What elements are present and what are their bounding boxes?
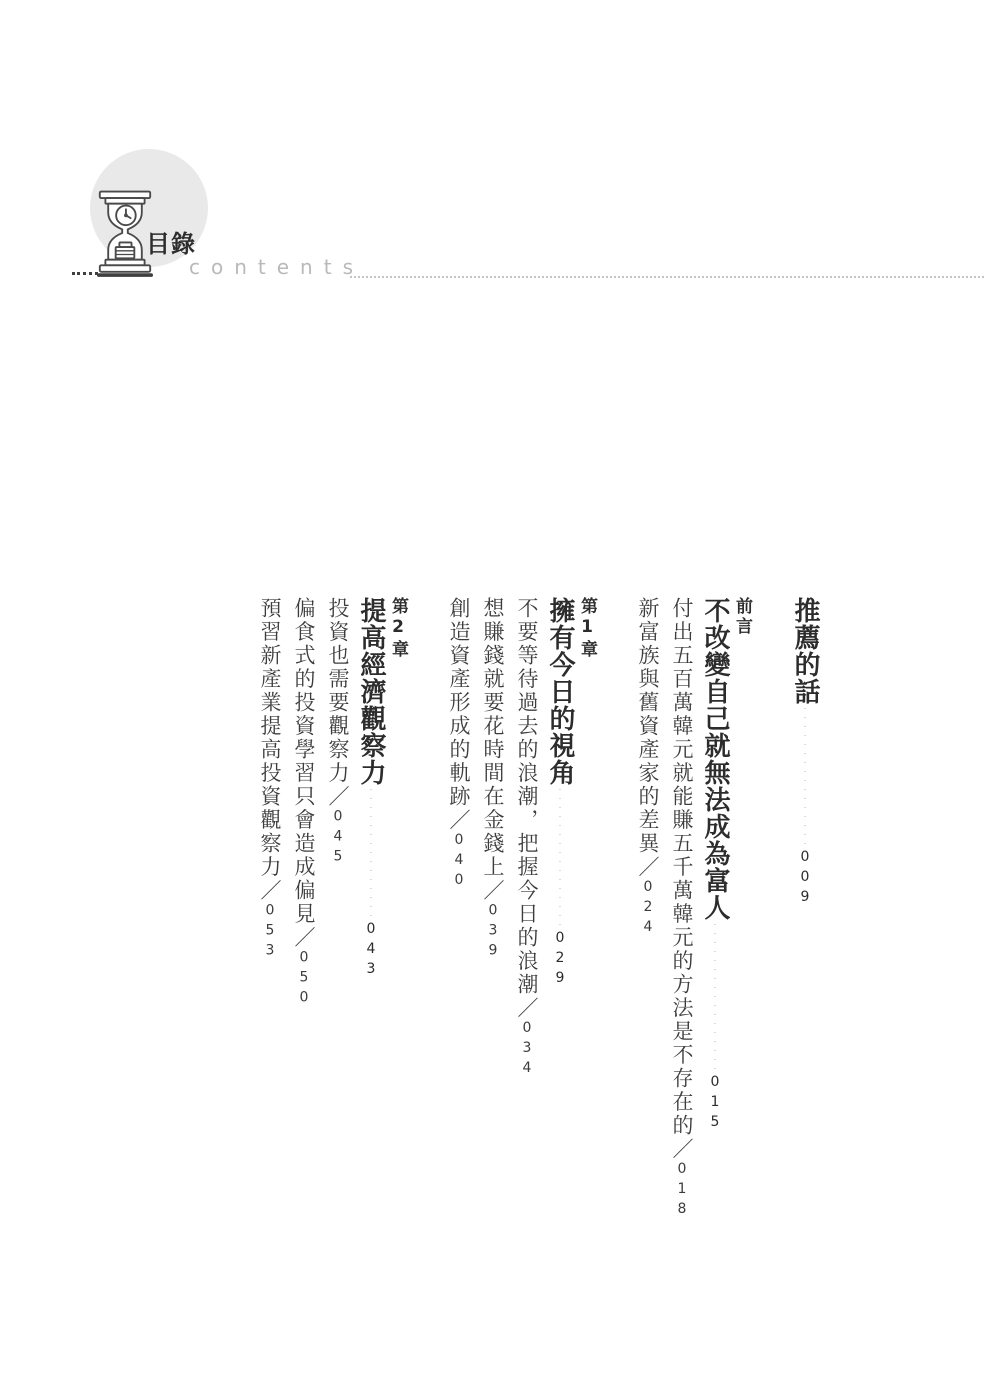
toc-list: 推薦的話················009前言不改變自己就無法成為富人···… [259, 597, 818, 1247]
toc-item-entry: 預習新產業提高投資觀察力／053 [259, 597, 280, 1247]
section-label-text: 前言 [732, 597, 752, 637]
page-number: 018 [674, 1161, 690, 1221]
toc-item-entry: 不要等待過去的浪潮，把握今日的浪潮／034 [516, 597, 537, 1247]
toc-title-text: 推薦的話 [790, 597, 820, 705]
toc-section-label: 前言 [733, 597, 750, 1247]
toc-title-entry: 不改變自己就無法成為富人·················015 [702, 597, 728, 1247]
toc-item-text: 投資也需要觀察力／ [326, 597, 350, 809]
page-number: 039 [485, 903, 501, 963]
icon-base-dashes [72, 272, 98, 275]
hourglass-clock-icon [97, 190, 153, 278]
page-number: 034 [519, 1020, 535, 1080]
toc-item-entry: 創造資產形成的軌跡／040 [448, 597, 469, 1247]
toc-title-text: 提高經濟觀察力 [356, 597, 386, 786]
toc-section-label: 第2章 [389, 597, 406, 1247]
toc-item-text: 新富族與舊資產家的差異／ [636, 597, 660, 879]
page-number: 050 [296, 950, 312, 1010]
leader-dots: ················· [711, 921, 719, 1074]
toc-item-entry: 想賺錢就要花時間在金錢上／039 [482, 597, 503, 1247]
toc-item-text: 創造資產形成的軌跡／ [447, 597, 471, 832]
toc-item-entry: 新富族與舊資產家的差異／024 [637, 597, 658, 1247]
page-title: 目錄 [146, 231, 196, 257]
leader-dots: ··············· [367, 786, 375, 921]
page-number: 045 [330, 809, 346, 869]
page-number: 053 [262, 903, 278, 963]
leader-dots: ················ [801, 705, 809, 849]
toc-item-text: 付出五百萬韓元就能賺五千萬韓元的方法是不存在的／ [670, 597, 694, 1161]
page-number: 029 [552, 930, 568, 990]
page-number: 009 [797, 849, 813, 909]
toc-item-text: 預習新產業提高投資觀察力／ [258, 597, 282, 903]
contents-subtitle: contents [189, 257, 364, 277]
page-number: 043 [363, 921, 379, 981]
toc-item-entry: 投資也需要觀察力／045 [327, 597, 348, 1247]
page-number: 015 [707, 1074, 723, 1134]
toc-item-text: 不要等待過去的浪潮，把握今日的浪潮／ [515, 597, 539, 1020]
toc-item-entry: 偏食式的投資學習只會造成偏見／050 [293, 597, 314, 1247]
toc-page: 目錄 contents 推薦的話················009前言不改變… [0, 0, 1000, 1373]
toc-title-text: 不改變自己就無法成為富人 [700, 597, 730, 921]
page-number: 040 [451, 832, 467, 892]
toc-item-text: 想賺錢就要花時間在金錢上／ [481, 597, 505, 903]
page-number: 024 [640, 879, 656, 939]
section-label-text: 第1章 [577, 597, 597, 660]
toc-title-entry: 擁有今日的視角················029 [547, 597, 573, 1247]
section-label-text: 第2章 [388, 597, 408, 660]
toc-item-text: 偏食式的投資學習只會造成偏見／ [292, 597, 316, 950]
header-dotted-rule [350, 276, 984, 278]
toc-title-entry: 推薦的話················009 [792, 597, 818, 1247]
leader-dots: ················ [556, 786, 564, 930]
toc-item-entry: 付出五百萬韓元就能賺五千萬韓元的方法是不存在的／018 [671, 597, 692, 1247]
toc-section-label: 第1章 [578, 597, 595, 1247]
toc-title-text: 擁有今日的視角 [545, 597, 575, 786]
toc-title-entry: 提高經濟觀察力···············043 [358, 597, 384, 1247]
